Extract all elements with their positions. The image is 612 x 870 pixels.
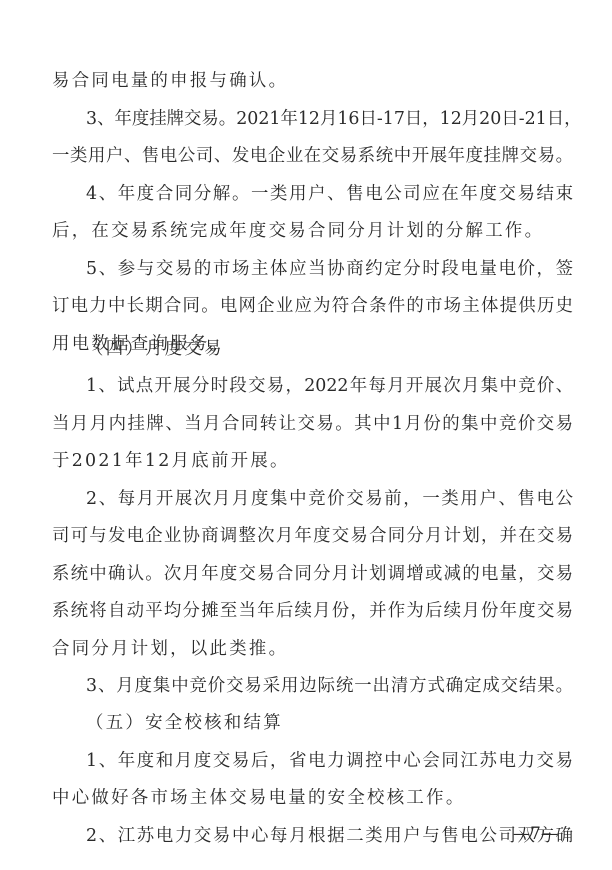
paragraph-line: 2、每月开展次月月度集中竞价交易前，一类用户、售电公 <box>86 484 573 514</box>
text-line: 合同分月计划，以此类推。 <box>52 634 573 664</box>
text-line: 订电力中长期合同。电网企业应为符合条件的市场主体提供历史 <box>52 291 573 321</box>
text-line: 中心做好各市场主体交易电量的安全校核工作。 <box>52 783 573 813</box>
section-heading-security-settlement: （五）安全校核和结算 <box>86 708 607 738</box>
paragraph-line: 1、试点开展分时段交易，2022年每月开展次月集中竞价、 <box>86 371 573 401</box>
text-line: 司可与发电企业协商调整次月年度交易合同分月计划，并在交易 <box>52 521 573 551</box>
paragraph-line: 3、月度集中竞价交易采用边际统一出清方式确定成交结果。 <box>86 671 573 701</box>
section-heading-monthly-trading: （四）月度交易 <box>86 334 607 364</box>
page-number: —7— <box>513 822 558 846</box>
text-line: 后，在交易系统完成年度交易合同分月计划的分解工作。 <box>52 216 573 246</box>
text-line: 易合同电量的申报与确认。 <box>52 66 573 96</box>
text-line: 系统中确认。次月年度交易合同分月计划调增或减的电量，交易 <box>52 559 573 589</box>
paragraph-line: 2、江苏电力交易中心每月根据二类用户与售电公司双方确 <box>86 821 573 851</box>
text-line: 系统将自动平均分摊至当年后续月份，并作为后续月份年度交易 <box>52 596 573 626</box>
text-line: 一类用户、售电公司、发电企业在交易系统中开展年度挂牌交易。 <box>52 141 573 171</box>
paragraph-line: 4、年度合同分解。一类用户、售电公司应在年度交易结束 <box>86 179 573 209</box>
paragraph-line: 3、年度挂牌交易。2021年12月16日-17日，12月20日-21日， <box>86 104 573 134</box>
text-line: 于2021年12月底前开展。 <box>52 446 573 476</box>
document-page: 易合同电量的申报与确认。 3、年度挂牌交易。2021年12月16日-17日，12… <box>0 0 612 870</box>
text-line: 当月月内挂牌、当月合同转让交易。其中1月份的集中竞价交易 <box>52 409 573 439</box>
paragraph-line: 5、参与交易的市场主体应当协商约定分时段电量电价，签 <box>86 254 573 284</box>
paragraph-line: 1、年度和月度交易后，省电力调控中心会同江苏电力交易 <box>86 746 573 776</box>
